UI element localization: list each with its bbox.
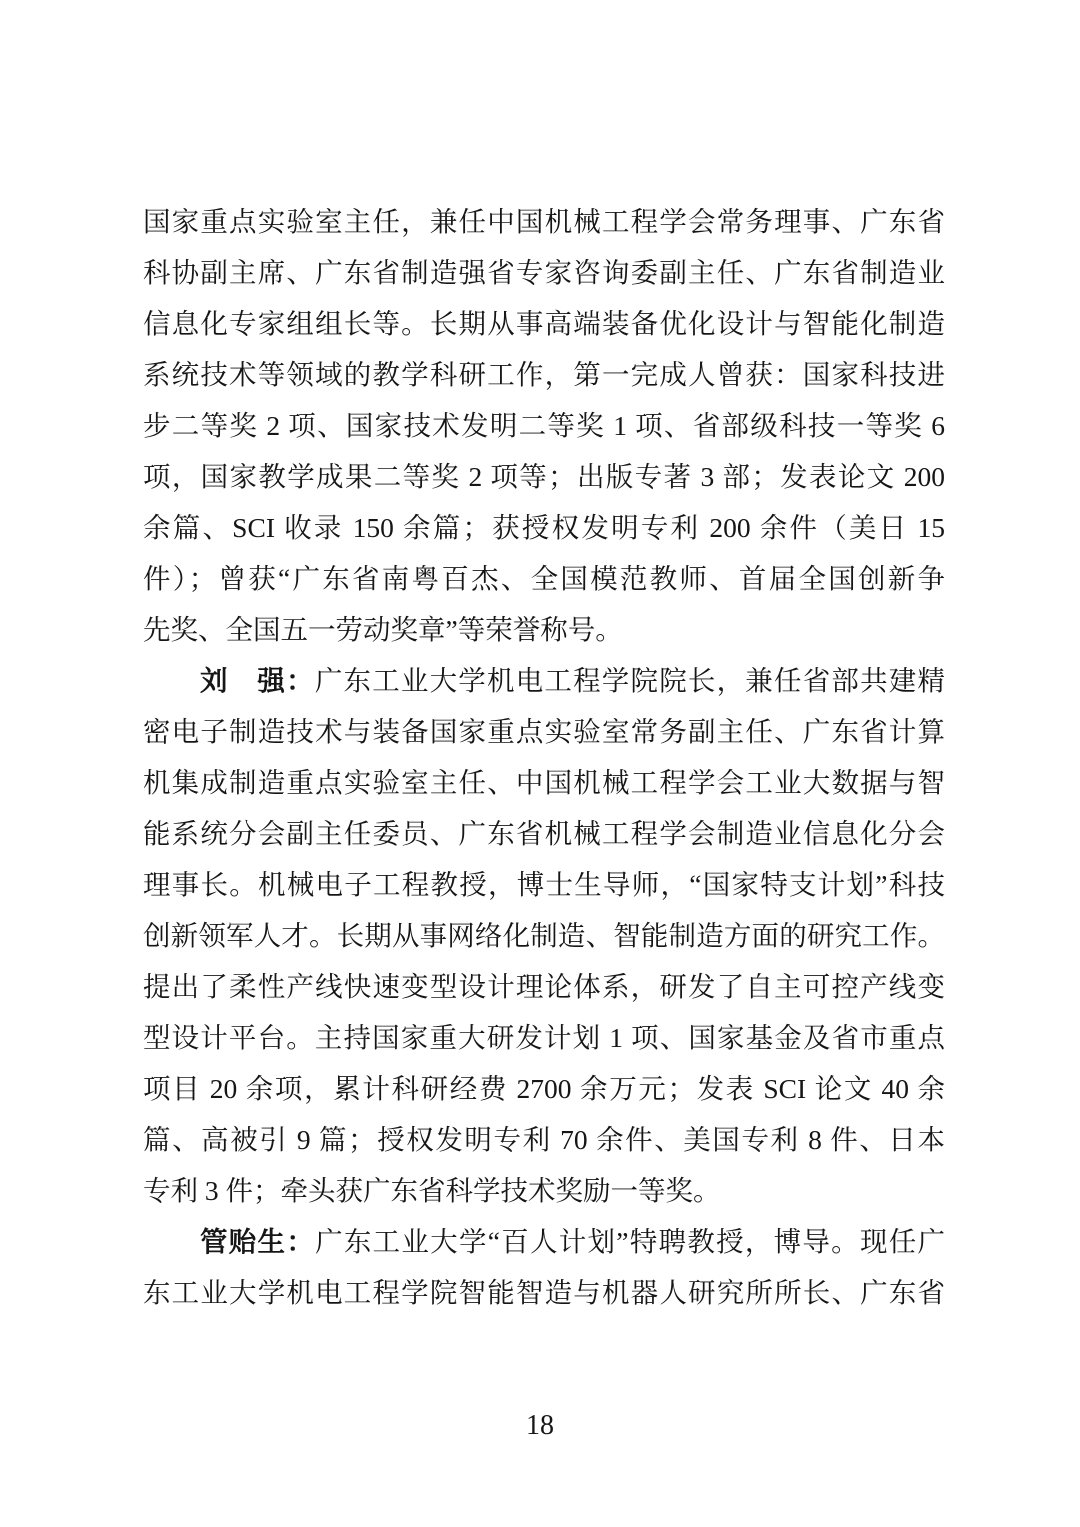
line-text: 系统技术等领域的教学科研工作，第一完成人曾获：国家科技进 xyxy=(143,359,945,390)
text-line: 国家重点实验室主任，兼任中国机械工程学会常务理事、广东省 xyxy=(143,196,945,247)
text-line: 刘 强：广东工业大学机电工程学院院长，兼任省部共建精 xyxy=(143,655,945,706)
line-text: 先奖、全国五一劳动奖章”等荣誉称号。 xyxy=(143,614,623,645)
text-line: 东工业大学机电工程学院智能智造与机器人研究所所长、广东省 xyxy=(143,1267,945,1318)
line-text: 能系统分会副主任委员、广东省机械工程学会制造业信息化分会 xyxy=(143,818,945,849)
text-line: 密电子制造技术与装备国家重点实验室常务副主任、广东省计算 xyxy=(143,706,945,757)
line-text: 广东工业大学机电工程学院院长，兼任省部共建精 xyxy=(315,665,945,696)
text-line: 余篇、SCI 收录 150 余篇；获授权发明专利 200 余件（美日 15 xyxy=(143,502,945,553)
text-line: 专利 3 件；牵头获广东省科学技术奖励一等奖。 xyxy=(143,1165,945,1216)
line-text: 提出了柔性产线快速变型设计理论体系，研发了自主可控产线变 xyxy=(143,971,945,1002)
text-line: 步二等奖 2 项、国家技术发明二等奖 1 项、省部级科技一等奖 6 xyxy=(143,400,945,451)
text-line: 科协副主席、广东省制造强省专家咨询委副主任、广东省制造业 xyxy=(143,247,945,298)
text-line: 先奖、全国五一劳动奖章”等荣誉称号。 xyxy=(143,604,945,655)
text-line: 系统技术等领域的教学科研工作，第一完成人曾获：国家科技进 xyxy=(143,349,945,400)
text-block: 国家重点实验室主任，兼任中国机械工程学会常务理事、广东省科协副主席、广东省制造强… xyxy=(143,196,945,1318)
text-line: 管贻生：广东工业大学“百人计划”特聘教授，博导。现任广 xyxy=(143,1216,945,1267)
line-text: 理事长。机械电子工程教授，博士生导师，“国家特支计划”科技 xyxy=(143,869,945,900)
person-name: 管贻生： xyxy=(200,1226,315,1257)
person-name: 刘 强： xyxy=(200,665,315,696)
line-text: 型设计平台。主持国家重大研发计划 1 项、国家基金及省市重点 xyxy=(143,1022,945,1053)
line-text: 广东工业大学“百人计划”特聘教授，博导。现任广 xyxy=(315,1226,945,1257)
line-text: 项目 20 余项，累计科研经费 2700 余万元；发表 SCI 论文 40 余 xyxy=(143,1073,945,1104)
line-text: 东工业大学机电工程学院智能智造与机器人研究所所长、广东省 xyxy=(143,1277,945,1308)
line-text: 余篇、SCI 收录 150 余篇；获授权发明专利 200 余件（美日 15 xyxy=(143,512,945,543)
line-text: 件）；曾获“广东省南粤百杰、全国模范教师、首届全国创新争 xyxy=(143,563,945,594)
text-line: 项，国家教学成果二等奖 2 项等；出版专著 3 部；发表论文 200 xyxy=(143,451,945,502)
line-text: 步二等奖 2 项、国家技术发明二等奖 1 项、省部级科技一等奖 6 xyxy=(143,410,945,441)
text-line: 提出了柔性产线快速变型设计理论体系，研发了自主可控产线变 xyxy=(143,961,945,1012)
line-text: 信息化专家组组长等。长期从事高端装备优化设计与智能化制造 xyxy=(143,308,945,339)
text-line: 型设计平台。主持国家重大研发计划 1 项、国家基金及省市重点 xyxy=(143,1012,945,1063)
line-text: 机集成制造重点实验室主任、中国机械工程学会工业大数据与智 xyxy=(143,767,945,798)
text-line: 理事长。机械电子工程教授，博士生导师，“国家特支计划”科技 xyxy=(143,859,945,910)
text-line: 项目 20 余项，累计科研经费 2700 余万元；发表 SCI 论文 40 余 xyxy=(143,1063,945,1114)
line-text: 篇、高被引 9 篇；授权发明专利 70 余件、美国专利 8 件、日本 xyxy=(143,1124,945,1155)
text-line: 件）；曾获“广东省南粤百杰、全国模范教师、首届全国创新争 xyxy=(143,553,945,604)
text-line: 篇、高被引 9 篇；授权发明专利 70 余件、美国专利 8 件、日本 xyxy=(143,1114,945,1165)
text-line: 信息化专家组组长等。长期从事高端装备优化设计与智能化制造 xyxy=(143,298,945,349)
line-text: 科协副主席、广东省制造强省专家咨询委副主任、广东省制造业 xyxy=(143,257,945,288)
document-page: 国家重点实验室主任，兼任中国机械工程学会常务理事、广东省科协副主席、广东省制造强… xyxy=(0,0,1080,1527)
text-line: 能系统分会副主任委员、广东省机械工程学会制造业信息化分会 xyxy=(143,808,945,859)
page-number: 18 xyxy=(0,1406,1080,1446)
line-text: 项，国家教学成果二等奖 2 项等；出版专著 3 部；发表论文 200 xyxy=(143,461,945,492)
line-text: 专利 3 件；牵头获广东省科学技术奖励一等奖。 xyxy=(143,1175,721,1206)
text-line: 机集成制造重点实验室主任、中国机械工程学会工业大数据与智 xyxy=(143,757,945,808)
text-line: 创新领军人才。长期从事网络化制造、智能制造方面的研究工作。 xyxy=(143,910,945,961)
line-text: 密电子制造技术与装备国家重点实验室常务副主任、广东省计算 xyxy=(143,716,945,747)
line-text: 创新领军人才。长期从事网络化制造、智能制造方面的研究工作。 xyxy=(143,920,945,951)
line-text: 国家重点实验室主任，兼任中国机械工程学会常务理事、广东省 xyxy=(143,206,945,237)
